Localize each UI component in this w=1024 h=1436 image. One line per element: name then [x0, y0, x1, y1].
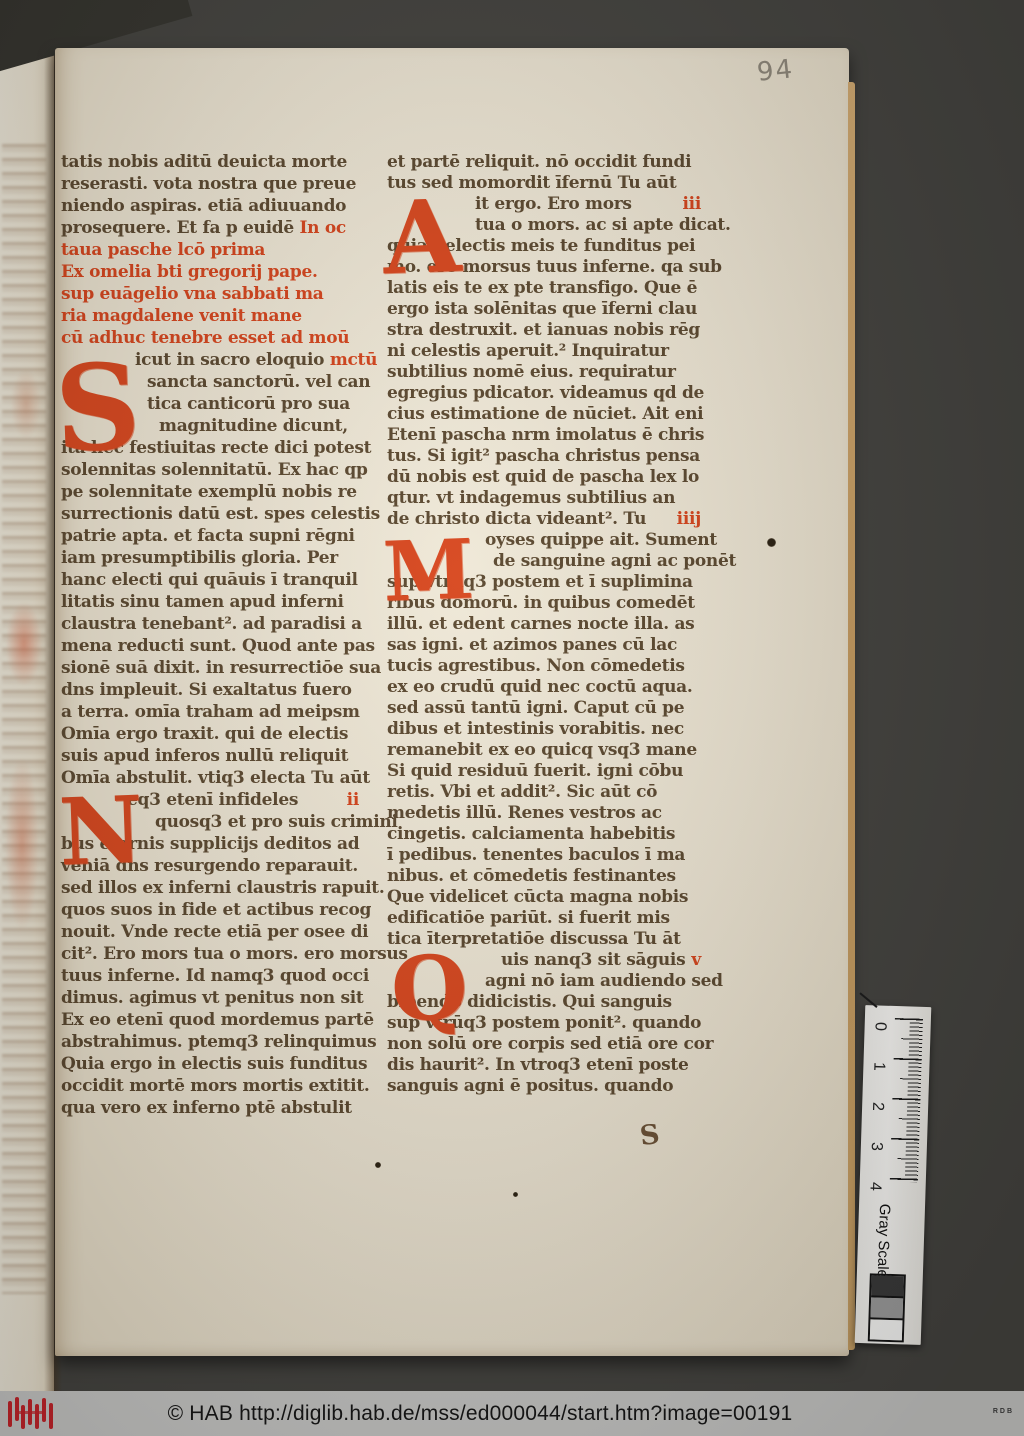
body-text: cingetis. calciamenta habebitis — [387, 824, 675, 844]
manuscript-text-line: dibus et intestinis vorabitis. nec — [387, 719, 709, 740]
rubric-text: v — [691, 950, 709, 970]
rubricated-initial-q: Q — [390, 953, 469, 1024]
manuscript-text-line: Ex omelia bti gregorij pape. — [61, 262, 367, 284]
body-text: subtilius nomē eius. requiratur — [387, 362, 676, 382]
body-text: uis nanq3 sit sāguis — [501, 950, 685, 970]
body-text: edificatiōe pariūt. si fuerit mis — [387, 908, 670, 928]
manuscript-text-line: tus. Si igit² pascha christus pensa — [387, 446, 709, 467]
rubricated-initial-m: M — [382, 538, 475, 605]
manuscript-text-line: Quia ergo in electis suis funditus — [61, 1054, 367, 1076]
digitized-manuscript-photo: 94 tatis nobis aditū deuicta morteresera… — [0, 0, 1024, 1436]
manuscript-text-line: Que videlicet cūcta magna nobis — [387, 887, 709, 908]
manuscript-text-line: prosequere. Et fa p euidē In oc — [61, 218, 367, 240]
body-text: nibus. et cōmedetis festinantes — [387, 866, 676, 886]
body-text: dibus et intestinis vorabitis. nec — [387, 719, 684, 739]
rubric-text: iii — [683, 194, 709, 214]
rubric-text: mctū — [330, 350, 377, 370]
body-text: magnitudine dicunt, — [159, 416, 348, 436]
manuscript-text-line: ex eo crudū quid nec coctū aqua. — [387, 677, 709, 698]
body-text: ni celestis aperuit.² Inquiratur — [387, 341, 669, 361]
body-text: remanebit ex eo quicq vsq3 mane — [387, 740, 697, 760]
body-text: tatis nobis aditū deuicta morte — [61, 152, 347, 172]
body-text: nouit. Vnde recte etiā per osee di — [61, 922, 368, 942]
manuscript-text-line: stra destruxit. et ianuas nobis rēg — [387, 320, 709, 341]
manuscript-text-line: abstrahimus. ptemq3 relinquimus — [61, 1032, 367, 1054]
manuscript-text-line: retis. Vbi et addit². Sic aūt cō — [387, 782, 709, 803]
ruler-ticks — [890, 1018, 923, 1191]
body-text: quos suos in fide et actibus recog — [61, 900, 371, 920]
body-text: occidit mortē mors mortis extitit. — [61, 1076, 369, 1096]
body-text: agni nō iam audiendo sed — [485, 971, 723, 991]
manuscript-text-line: dimus. agimus vt penitus non sit — [61, 988, 367, 1010]
ruler-number-0: 0 — [870, 1017, 889, 1036]
body-text: tus. Si igit² pascha christus pensa — [387, 446, 700, 466]
body-text: abstrahimus. ptemq3 relinquimus — [61, 1032, 376, 1052]
caption-bar: © HAB http://diglib.hab.de/mss/ed000044/… — [0, 1391, 1024, 1436]
manuscript-text-line: ria magdalene venit mane — [61, 306, 367, 328]
manuscript-text-line: remanebit ex eo quicq vsq3 mane — [387, 740, 709, 761]
manuscript-text-line: quos suos in fide et actibus recog — [61, 900, 367, 922]
ruler-number-3: 3 — [867, 1137, 886, 1156]
body-text: sionē suā dixit. in resurrectiōe sua — [61, 658, 381, 678]
body-text: dū nobis est quid de pascha lex lo — [387, 467, 699, 487]
body-text: ī pedibus. tenentes baculos ī ma — [387, 845, 685, 865]
manuscript-text-line: ergo ista solēnitas que īferni clau — [387, 299, 709, 320]
manuscript-text-line: sed assū tantū igni. Caput cū pe — [387, 698, 709, 719]
rubric-text: taua pasche lcō prima — [61, 240, 265, 260]
body-text: it ergo. Ero mors — [475, 194, 632, 214]
body-text: iam presumptibilis gloria. Per — [61, 548, 338, 568]
manuscript-text-line: sup euāgelio vna sabbati ma — [61, 284, 367, 306]
quire-signature-mark: S — [638, 1119, 661, 1152]
body-text: et partē reliquit. nō occidit fundi — [387, 152, 691, 172]
manuscript-text-line: sionē suā dixit. in resurrectiōe sua — [61, 658, 367, 680]
caption-corner-mark: RDB — [993, 1408, 1014, 1415]
manuscript-text-line: surrectionis datū est. spes celestis — [61, 504, 367, 526]
body-text: dns impleuit. Si exaltatus fuero — [61, 680, 352, 700]
body-text: reserasti. vota nostra que preue — [61, 174, 356, 194]
manuscript-text-line: cius estimatione de nūciet. Ait eni — [387, 404, 709, 425]
manuscript-text-line: sas igni. et azimos panes cū lac — [387, 635, 709, 656]
manuscript-text-line: edificatiōe pariūt. si fuerit mis — [387, 908, 709, 929]
body-text: qtur. vt indagemus subtilius an — [387, 488, 675, 508]
manuscript-text-line: qua vero ex inferno ptē abstulit — [61, 1098, 367, 1120]
manuscript-text-line: patrie apta. et facta supni rēgni — [61, 526, 367, 548]
rubric-text: ii — [347, 790, 367, 810]
body-text: de sanguine agni ac ponēt — [493, 551, 736, 571]
body-text: suis apud inferos nullū reliquit — [61, 746, 348, 766]
body-text: ex eo crudū quid nec coctū aqua. — [387, 677, 693, 697]
body-text: claustra tenebant². ad paradisi a — [61, 614, 362, 634]
body-text: Que videlicet cūcta magna nobis — [387, 887, 688, 907]
body-text: qua vero ex inferno ptē abstulit — [61, 1098, 352, 1118]
body-text: quosq3 et pro suis crimini — [155, 812, 398, 832]
manuscript-text-line: qtur. vt indagemus subtilius an — [387, 488, 709, 509]
ruler-number-1: 1 — [869, 1057, 888, 1076]
wormhole — [513, 1192, 518, 1197]
manuscript-text-line: Ex eo etenī quod mordemus partē — [61, 1010, 367, 1032]
manuscript-text-line: litatis sinu tamen apud inferni — [61, 592, 367, 614]
gray-patch-0 — [871, 1275, 904, 1298]
body-text: Ex eo etenī quod mordemus partē — [61, 1010, 374, 1030]
body-text: retis. Vbi et addit². Sic aūt cō — [387, 782, 657, 802]
showthrough-text-ghost — [2, 144, 46, 1294]
manuscript-text-line: Omīa ergo traxit. qui de electis — [61, 724, 367, 746]
ruler-number-4: 4 — [865, 1177, 884, 1196]
body-text: Si quid residuū fuerit. igni cōbu — [387, 761, 683, 781]
manuscript-text-line: sanguis agni ē positus. quando — [387, 1076, 709, 1097]
folio-number-pencil: 94 — [756, 54, 796, 88]
body-text: litatis sinu tamen apud inferni — [61, 592, 344, 612]
body-text: patrie apta. et facta supni rēgni — [61, 526, 355, 546]
body-text: pe solennitate exemplū nobis re — [61, 482, 357, 502]
manuscript-text-line: claustra tenebant². ad paradisi a — [61, 614, 367, 636]
manuscript-text-line: hanc electi qui quāuis ī tranquil — [61, 570, 367, 592]
manuscript-text-line: tatis nobis aditū deuicta morte — [61, 152, 367, 174]
body-text: Quia ergo in electis suis funditus — [61, 1054, 367, 1074]
copyright-caption: © HAB http://diglib.hab.de/mss/ed000044/… — [168, 1402, 793, 1426]
rubric-text: Ex omelia bti gregorij pape. — [61, 262, 318, 282]
rubric-text: iiij — [677, 509, 709, 529]
body-text: dimus. agimus vt penitus non sit — [61, 988, 363, 1008]
rubricated-initial-s: S — [53, 361, 141, 456]
body-text: icut in sacro eloquio — [135, 350, 330, 370]
page-block-edge — [848, 82, 855, 1350]
gray-scale-patches — [868, 1273, 906, 1342]
rubricated-initial-a: A — [382, 197, 462, 278]
manuscript-text-line: Si quid residuū fuerit. igni cōbu — [387, 761, 709, 782]
body-text: tuus inferne. Id namq3 quod occi — [61, 966, 369, 986]
manuscript-text-line: dū nobis est quid de pascha lex lo — [387, 467, 709, 488]
body-text: oyses quippe ait. Sument — [485, 530, 717, 550]
manuscript-text-line: pe solennitate exemplū nobis re — [61, 482, 367, 504]
gray-patch-1 — [870, 1297, 903, 1320]
manuscript-text-line: taua pasche lcō prima — [61, 240, 367, 262]
manuscript-text-line: subtilius nomē eius. requiratur — [387, 362, 709, 383]
thread-artifact — [859, 992, 877, 1008]
body-text: dis haurit². In vtroq3 etenī poste — [387, 1055, 689, 1075]
cm-ticks — [890, 1018, 923, 1185]
body-text: hanc electi qui quāuis ī tranquil — [61, 570, 358, 590]
manuscript-text-line: et partē reliquit. nō occidit fundi — [387, 152, 709, 173]
manuscript-text-line: egregius pdicator. videamus qd de — [387, 383, 709, 404]
manuscript-text-line: occidit mortē mors mortis extitit. — [61, 1076, 367, 1098]
body-text: medetis illū. Renes vestros ac — [387, 803, 662, 823]
manuscript-text-line: ni celestis aperuit.² Inquiratur — [387, 341, 709, 362]
ruler-number-2: 2 — [868, 1097, 887, 1116]
body-text: egregius pdicator. videamus qd de — [387, 383, 704, 403]
body-text: eq3 etenī infideles — [127, 790, 298, 810]
manuscript-text-line: iam presumptibilis gloria. Per — [61, 548, 367, 570]
body-text: cius estimatione de nūciet. Ait eni — [387, 404, 703, 424]
body-text: sanguis agni ē positus. quando — [387, 1076, 673, 1096]
body-text: stra destruxit. et ianuas nobis rēg — [387, 320, 700, 340]
manuscript-text-line: ī pedibus. tenentes baculos ī ma — [387, 845, 709, 866]
rubricated-initial-n: N — [58, 795, 145, 870]
body-text: ergo ista solēnitas que īferni clau — [387, 299, 697, 319]
body-text: tua o mors. ac si apte dicat. — [475, 215, 731, 235]
manuscript-text-line: reserasti. vota nostra que preue — [61, 174, 367, 196]
manuscript-text-line: tucis agrestibus. Non cōmedetis — [387, 656, 709, 677]
body-text: sas igni. et azimos panes cū lac — [387, 635, 677, 655]
rubric-text: sup euāgelio vna sabbati ma — [61, 284, 323, 304]
body-text: Omīa ergo traxit. qui de electis — [61, 724, 348, 744]
gray-scale-label: Gray Scale — [874, 1203, 893, 1278]
manuscript-text-line: nouit. Vnde recte etiā per osee di — [61, 922, 367, 944]
manuscript-page: 94 tatis nobis aditū deuicta morteresera… — [55, 48, 849, 1356]
body-text: prosequere. Et fa p euidē — [61, 218, 299, 238]
gray-patch-2 — [870, 1319, 903, 1340]
body-text: mena reducti sunt. Quod ante pas — [61, 636, 375, 656]
grayscale-ruler: 01234 Gray Scale — [855, 1005, 932, 1345]
body-text: Etenī pascha nrm imolatus ē chris — [387, 425, 704, 445]
wormhole — [375, 1162, 381, 1168]
manuscript-text-line: mena reducti sunt. Quod ante pas — [61, 636, 367, 658]
rubric-text: In oc — [299, 218, 345, 238]
manuscript-text-line: a terra. omīa traham ad meipsm — [61, 702, 367, 724]
text-column-left: tatis nobis aditū deuicta mortereserasti… — [61, 152, 367, 1120]
wormhole — [767, 538, 776, 547]
manuscript-text-line: Etenī pascha nrm imolatus ē chris — [387, 425, 709, 446]
manuscript-text-line: cingetis. calciamenta habebitis — [387, 824, 709, 845]
body-text: surrectionis datū est. spes celestis — [61, 504, 380, 524]
manuscript-text-line: niendo aspiras. etiā adiuuando — [61, 196, 367, 218]
body-text: a terra. omīa traham ad meipsm — [61, 702, 360, 722]
body-text: sed assū tantū igni. Caput cū pe — [387, 698, 684, 718]
manuscript-text-line: medetis illū. Renes vestros ac — [387, 803, 709, 824]
manuscript-text-line: tuus inferne. Id namq3 quod occi — [61, 966, 367, 988]
rubric-text: ria magdalene venit mane — [61, 306, 302, 326]
manuscript-text-line: nibus. et cōmedetis festinantes — [387, 866, 709, 887]
red-seal-icon — [6, 1395, 60, 1431]
body-text: sancta sanctorū. vel can — [147, 372, 370, 392]
manuscript-text-line: dns impleuit. Si exaltatus fuero — [61, 680, 367, 702]
manuscript-text-line: cit². Ero mors tua o mors. ero morsus — [61, 944, 367, 966]
body-text: tucis agrestibus. Non cōmedetis — [387, 656, 685, 676]
manuscript-text-line: suis apud inferos nullū reliquit — [61, 746, 367, 768]
body-text: cit². Ero mors tua o mors. ero morsus — [61, 944, 408, 964]
body-text: niendo aspiras. etiā adiuuando — [61, 196, 346, 216]
body-text: tica canticorū pro sua — [147, 394, 350, 414]
manuscript-text-line: dis haurit². In vtroq3 etenī poste — [387, 1055, 709, 1076]
